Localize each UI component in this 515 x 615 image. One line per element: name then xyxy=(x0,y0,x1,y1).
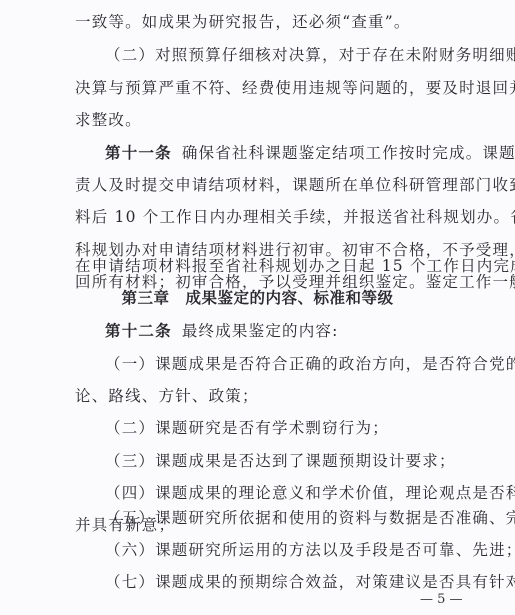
article-12-first-line: 第十二条最终成果鉴定的内容: xyxy=(105,321,339,341)
text-line: 在申请结项材料报至省社科规划办之日起 15 个工作日内完成。 xyxy=(75,256,515,276)
text-line: 料后 10 个工作日内办理相关手续，并报送省社科规划办。省社 xyxy=(75,207,515,227)
chapter-heading: 第三章 成果鉴定的内容、标准和等级 xyxy=(0,288,515,308)
list-item: （五）课题研究所依据和使用的资料与数据是否准确、完整； xyxy=(105,508,515,528)
text-line: （二）对照预算仔细核对决算，对于存在未附财务明细账、 xyxy=(105,45,515,65)
list-item: （一）课题成果是否符合正确的政治方向，是否符合党的理 xyxy=(105,354,515,374)
text-line: 责人及时提交申请结项材料，课题所在单位科研管理部门收到材 xyxy=(75,175,515,195)
list-item: （四）课题成果的理论意义和学术价值，理论观点是否科学 xyxy=(105,483,515,503)
article-11-first-line: 第十一条确保省社科课题鉴定结项工作按时完成。课题负 xyxy=(105,143,515,163)
article-11-label: 第十一条 xyxy=(105,144,172,162)
list-item-continuation: 论、路线、方针、政策； xyxy=(75,386,259,406)
page-number: — 5 — xyxy=(420,592,463,608)
article-12-text: 最终成果鉴定的内容: xyxy=(182,322,339,340)
list-item: （三）课题成果是否达到了课题预期设计要求； xyxy=(105,451,456,471)
text-line: 一致等。如成果为研究报告，还必须“查重”。 xyxy=(75,12,411,32)
document-page: 一致等。如成果为研究报告，还必须“查重”。 （二）对照预算仔细核对决算，对于存在… xyxy=(0,0,515,615)
text-line: 求整改。 xyxy=(75,110,142,130)
list-item: （二）课题研究是否有学术剽窃行为； xyxy=(105,418,389,438)
article-11-text: 确保省社科课题鉴定结项工作按时完成。课题负 xyxy=(182,144,515,162)
list-item: （七）课题成果的预期综合效益，对策建议是否具有针对性、 xyxy=(105,572,515,592)
list-item: （六）课题研究所运用的方法以及手段是否可靠、先进； xyxy=(105,540,515,560)
article-12-label: 第十二条 xyxy=(105,322,172,340)
text-line: 决算与预算严重不符、经费使用违规等问题的，要及时退回并要 xyxy=(75,78,515,98)
